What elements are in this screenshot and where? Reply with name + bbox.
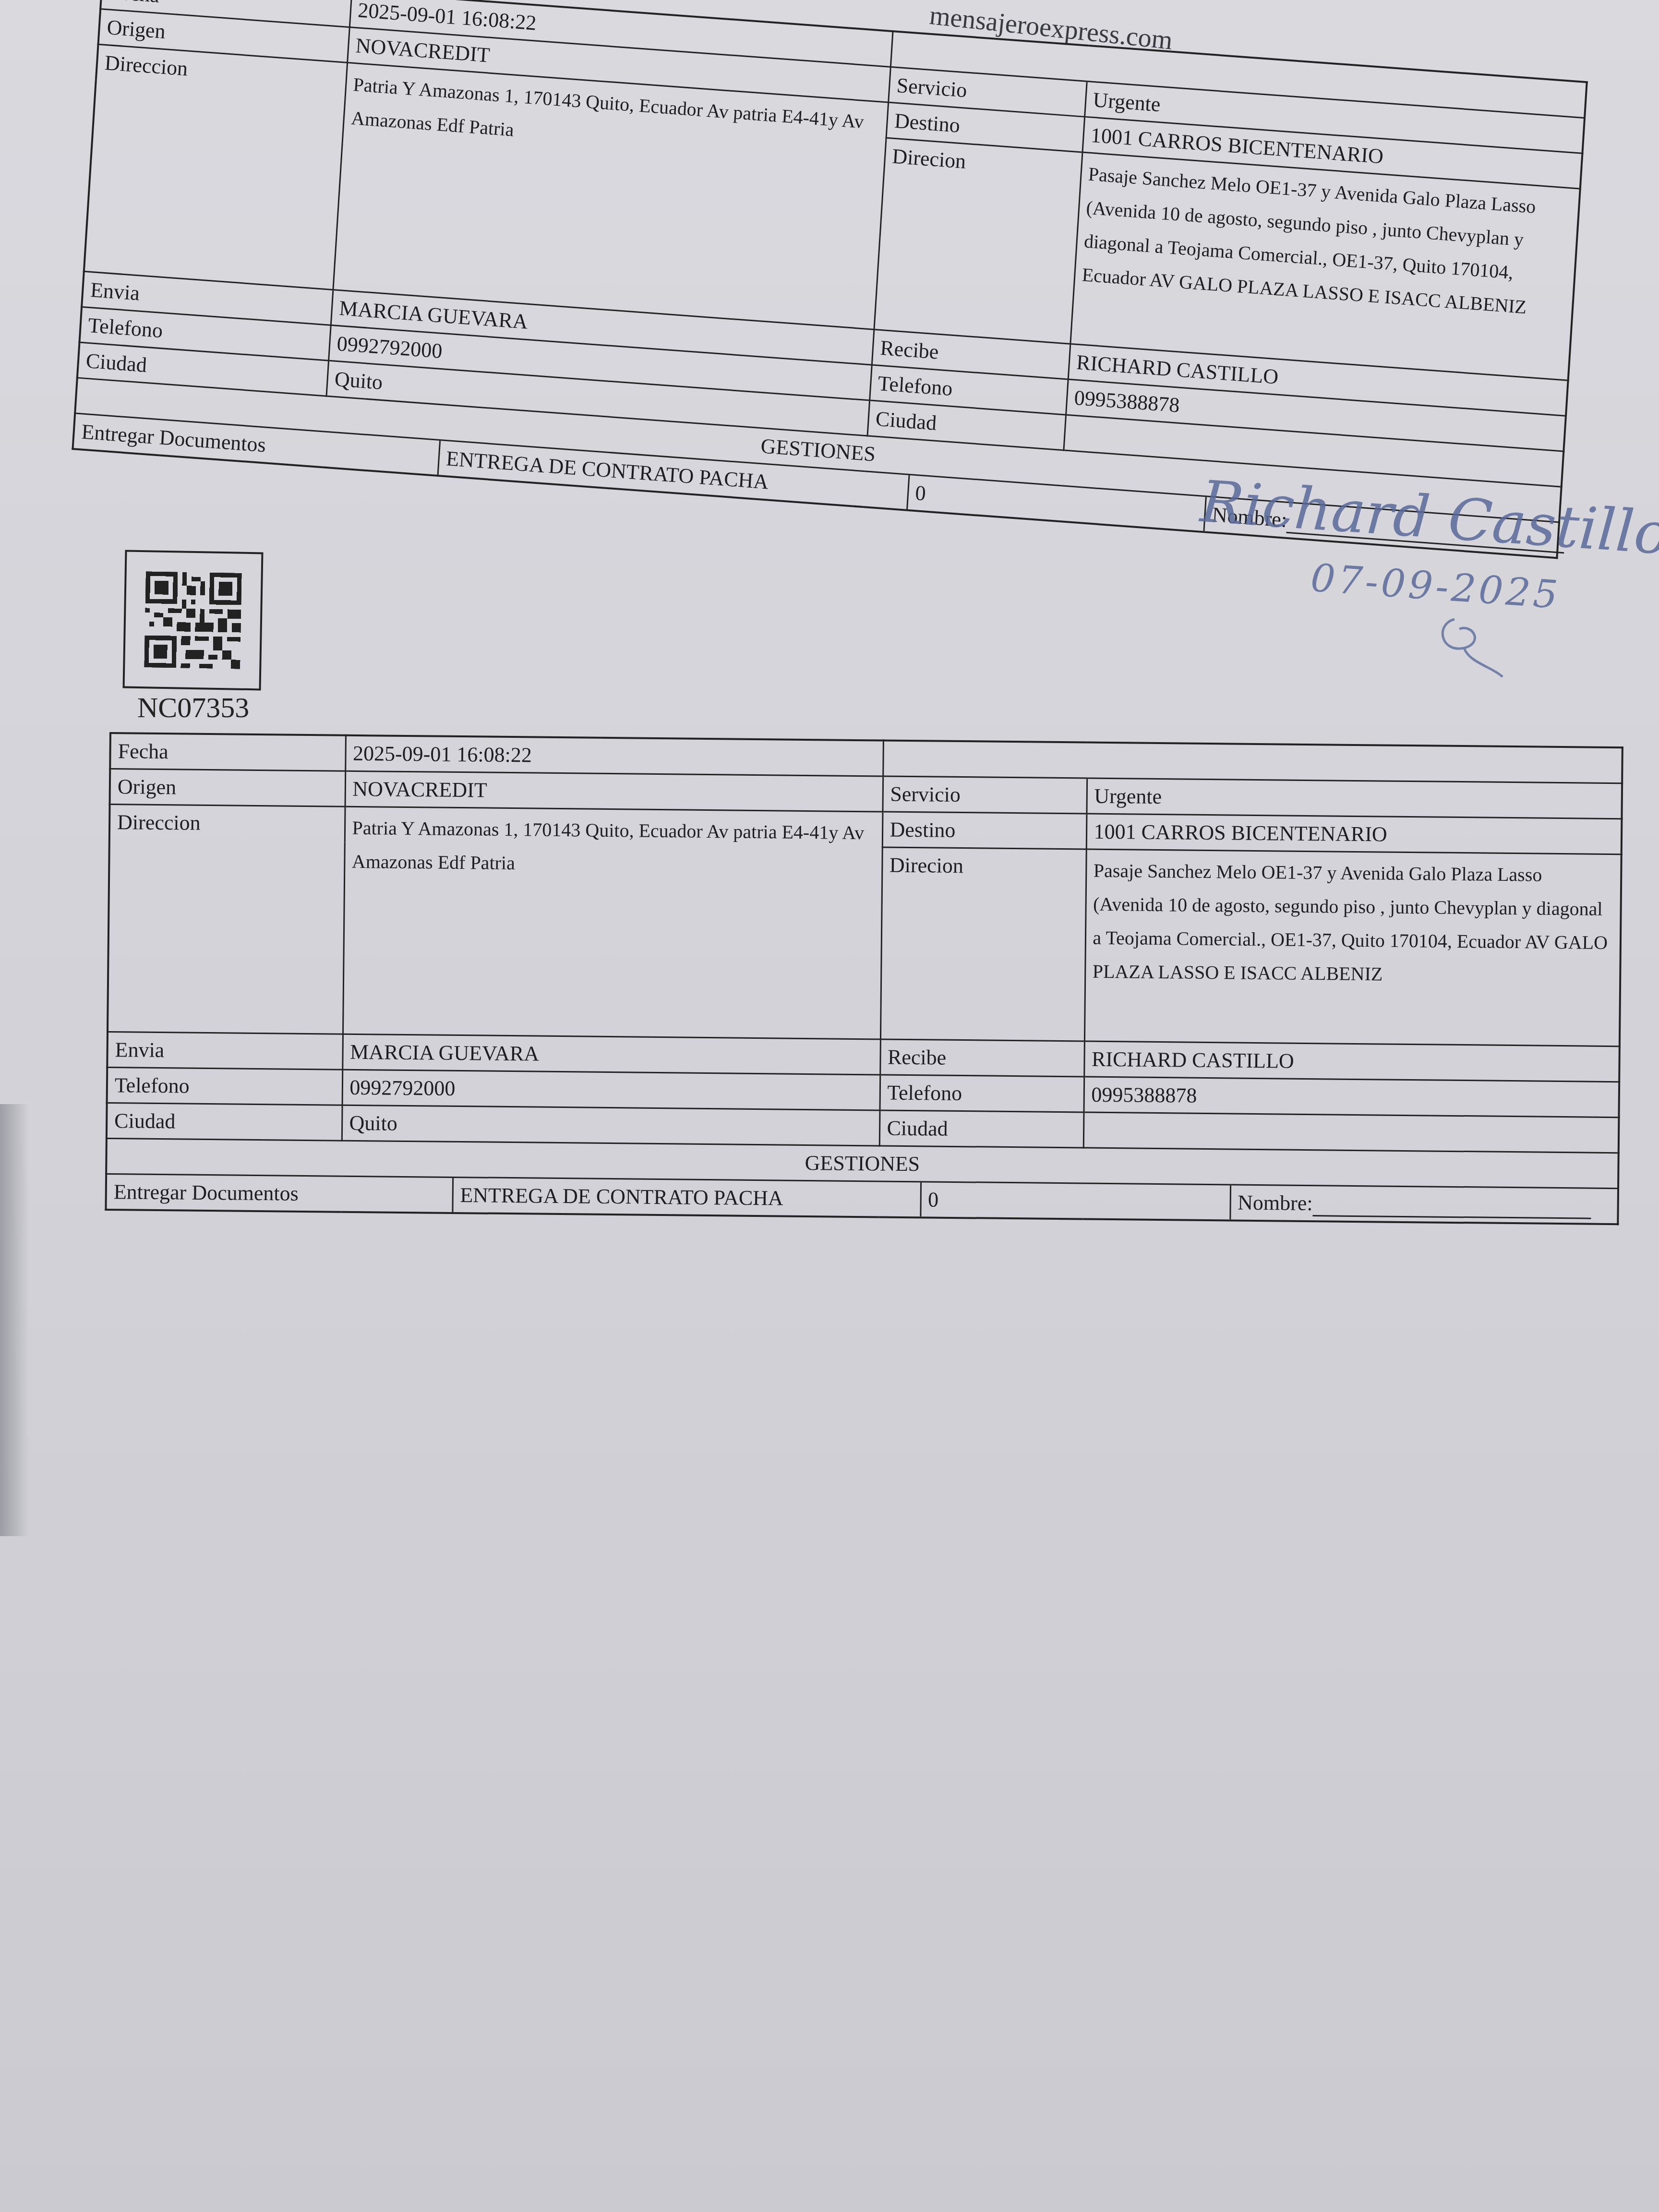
- gestion-tipo: Entregar Documentos: [107, 1175, 453, 1212]
- value-destino: 1001 CARROS BICENTENARIO: [1086, 814, 1622, 854]
- nombre-label: Nombre:: [1238, 1191, 1313, 1215]
- value-servicio: Urgente: [1086, 778, 1622, 819]
- label-recibe: Recibe: [880, 1039, 1084, 1077]
- label-telefono-recibe: Telefono: [880, 1075, 1084, 1112]
- label-fecha: Fecha: [110, 733, 346, 771]
- label-ciudad-envia: Ciudad: [107, 1103, 342, 1141]
- label-destino: Destino: [882, 812, 1087, 849]
- delivery-slip-signed: Fecha 2025-09-01 16:08:22 Origen NOVACRE…: [72, 0, 1587, 559]
- gestion-cantidad: 0: [920, 1182, 1230, 1219]
- label-direccion-destino: Direcion: [874, 138, 1082, 344]
- value-recibe: RICHARD CASTILLO: [1084, 1041, 1620, 1082]
- value-direccion-destino: Pasaje Sanchez Melo OE1-37 y Avenida Gal…: [1084, 849, 1622, 1046]
- handwritten-initial-mark: [1435, 614, 1507, 682]
- label-origen: Origen: [110, 769, 346, 807]
- value-ciudad-recibe: [1083, 1112, 1619, 1153]
- delivery-slip-copy: Fecha 2025-09-01 16:08:22 Origen NOVACRE…: [105, 732, 1623, 1225]
- value-fecha: 2025-09-01 16:08:22: [345, 735, 883, 776]
- gestion-nombre-field[interactable]: Nombre:: [1230, 1185, 1617, 1223]
- label-direccion-destino: Direcion: [880, 847, 1086, 1041]
- tracking-code: NC07353: [137, 691, 249, 724]
- qr-code-icon: [144, 571, 241, 669]
- label-direccion-origen: Direccion: [108, 805, 345, 1034]
- label-envia: Envia: [107, 1032, 343, 1070]
- label-direccion-origen: Direccion: [84, 44, 347, 289]
- gestion-descripcion: ENTREGA DE CONTRATO PACHA: [452, 1178, 921, 1216]
- label-telefono-envia: Telefono: [107, 1067, 343, 1105]
- value-direccion-origen: Patria Y Amazonas 1, 170143 Quito, Ecuad…: [333, 62, 888, 329]
- nombre-line: [1312, 1198, 1591, 1219]
- value-origen: NOVACREDIT: [345, 771, 883, 812]
- value-telefono-recibe: 0995388878: [1083, 1077, 1619, 1118]
- qr-code-frame: [123, 550, 264, 691]
- value-envia: MARCIA GUEVARA: [342, 1034, 880, 1075]
- value-direccion-destino: Pasaje Sanchez Melo OE1-37 y Avenida Gal…: [1070, 152, 1580, 380]
- value-telefono-envia: 0992792000: [342, 1070, 880, 1110]
- handwritten-date: 07-09-2025: [1309, 555, 1562, 617]
- page-edge-shadow: [0, 1104, 29, 1536]
- label-servicio: Servicio: [882, 776, 1087, 814]
- value-ciudad-envia: Quito: [342, 1105, 880, 1146]
- label-ciudad-recibe: Ciudad: [879, 1110, 1084, 1148]
- value-direccion-origen: Patria Y Amazonas 1, 170143 Quito, Ecuad…: [343, 806, 882, 1039]
